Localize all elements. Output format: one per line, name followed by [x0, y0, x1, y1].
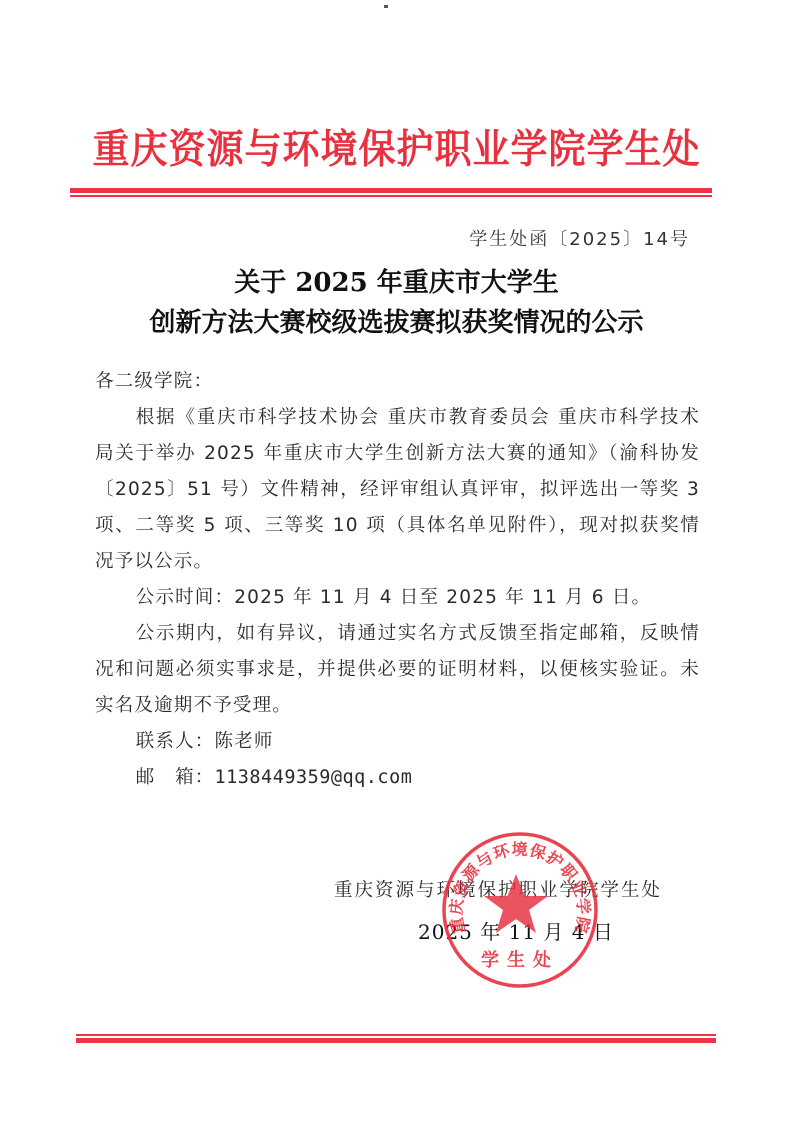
contact-person: 联系人：陈老师	[95, 724, 700, 760]
document-title-line-2: 创新方法大赛校级选拔赛拟获奖情况的公示	[0, 302, 793, 339]
scan-speck	[384, 5, 388, 8]
footer-rule-thin	[76, 1034, 716, 1036]
star-icon	[484, 874, 548, 933]
header-rule-thin	[70, 195, 712, 197]
seal-icon: 重庆资源与环境保护职业学院 学生处	[440, 830, 600, 990]
contact-person-label: 联系人：	[136, 731, 215, 752]
paragraph-basis: 根据《重庆市科学技术协会 重庆市教育委员会 重庆市科学技术局关于举办 2025 …	[95, 400, 700, 580]
seal-bottom-text: 学生处	[481, 949, 559, 971]
header-rule-thick	[70, 188, 712, 193]
contact-email: 邮 箱：1138449359@qq.com	[95, 760, 700, 796]
organization-header: 重庆资源与环境保护职业学院学生处	[0, 116, 793, 174]
salutation: 各二级学院：	[95, 364, 700, 400]
paragraph-period: 公示时间：2025 年 11 月 4 日至 2025 年 11 月 6 日。	[95, 580, 700, 616]
official-seal: 重庆资源与环境保护职业学院 学生处	[440, 830, 600, 990]
document-body: 各二级学院： 根据《重庆市科学技术协会 重庆市教育委员会 重庆市科学技术局关于举…	[95, 364, 700, 796]
paragraph-objection: 公示期内，如有异议，请通过实名方式反馈至指定邮箱，反映情况和问题必须实事求是，并…	[95, 616, 700, 724]
document-title-line-1: 关于 2025 年重庆市大学生	[0, 262, 793, 299]
contact-person-name: 陈老师	[215, 731, 274, 752]
footer-rule-thick	[76, 1038, 716, 1043]
document-number: 学生处函〔2025〕14号	[469, 225, 690, 251]
contact-email-address: 1138449359@qq.com	[215, 767, 413, 788]
contact-email-label: 邮 箱：	[136, 767, 215, 788]
